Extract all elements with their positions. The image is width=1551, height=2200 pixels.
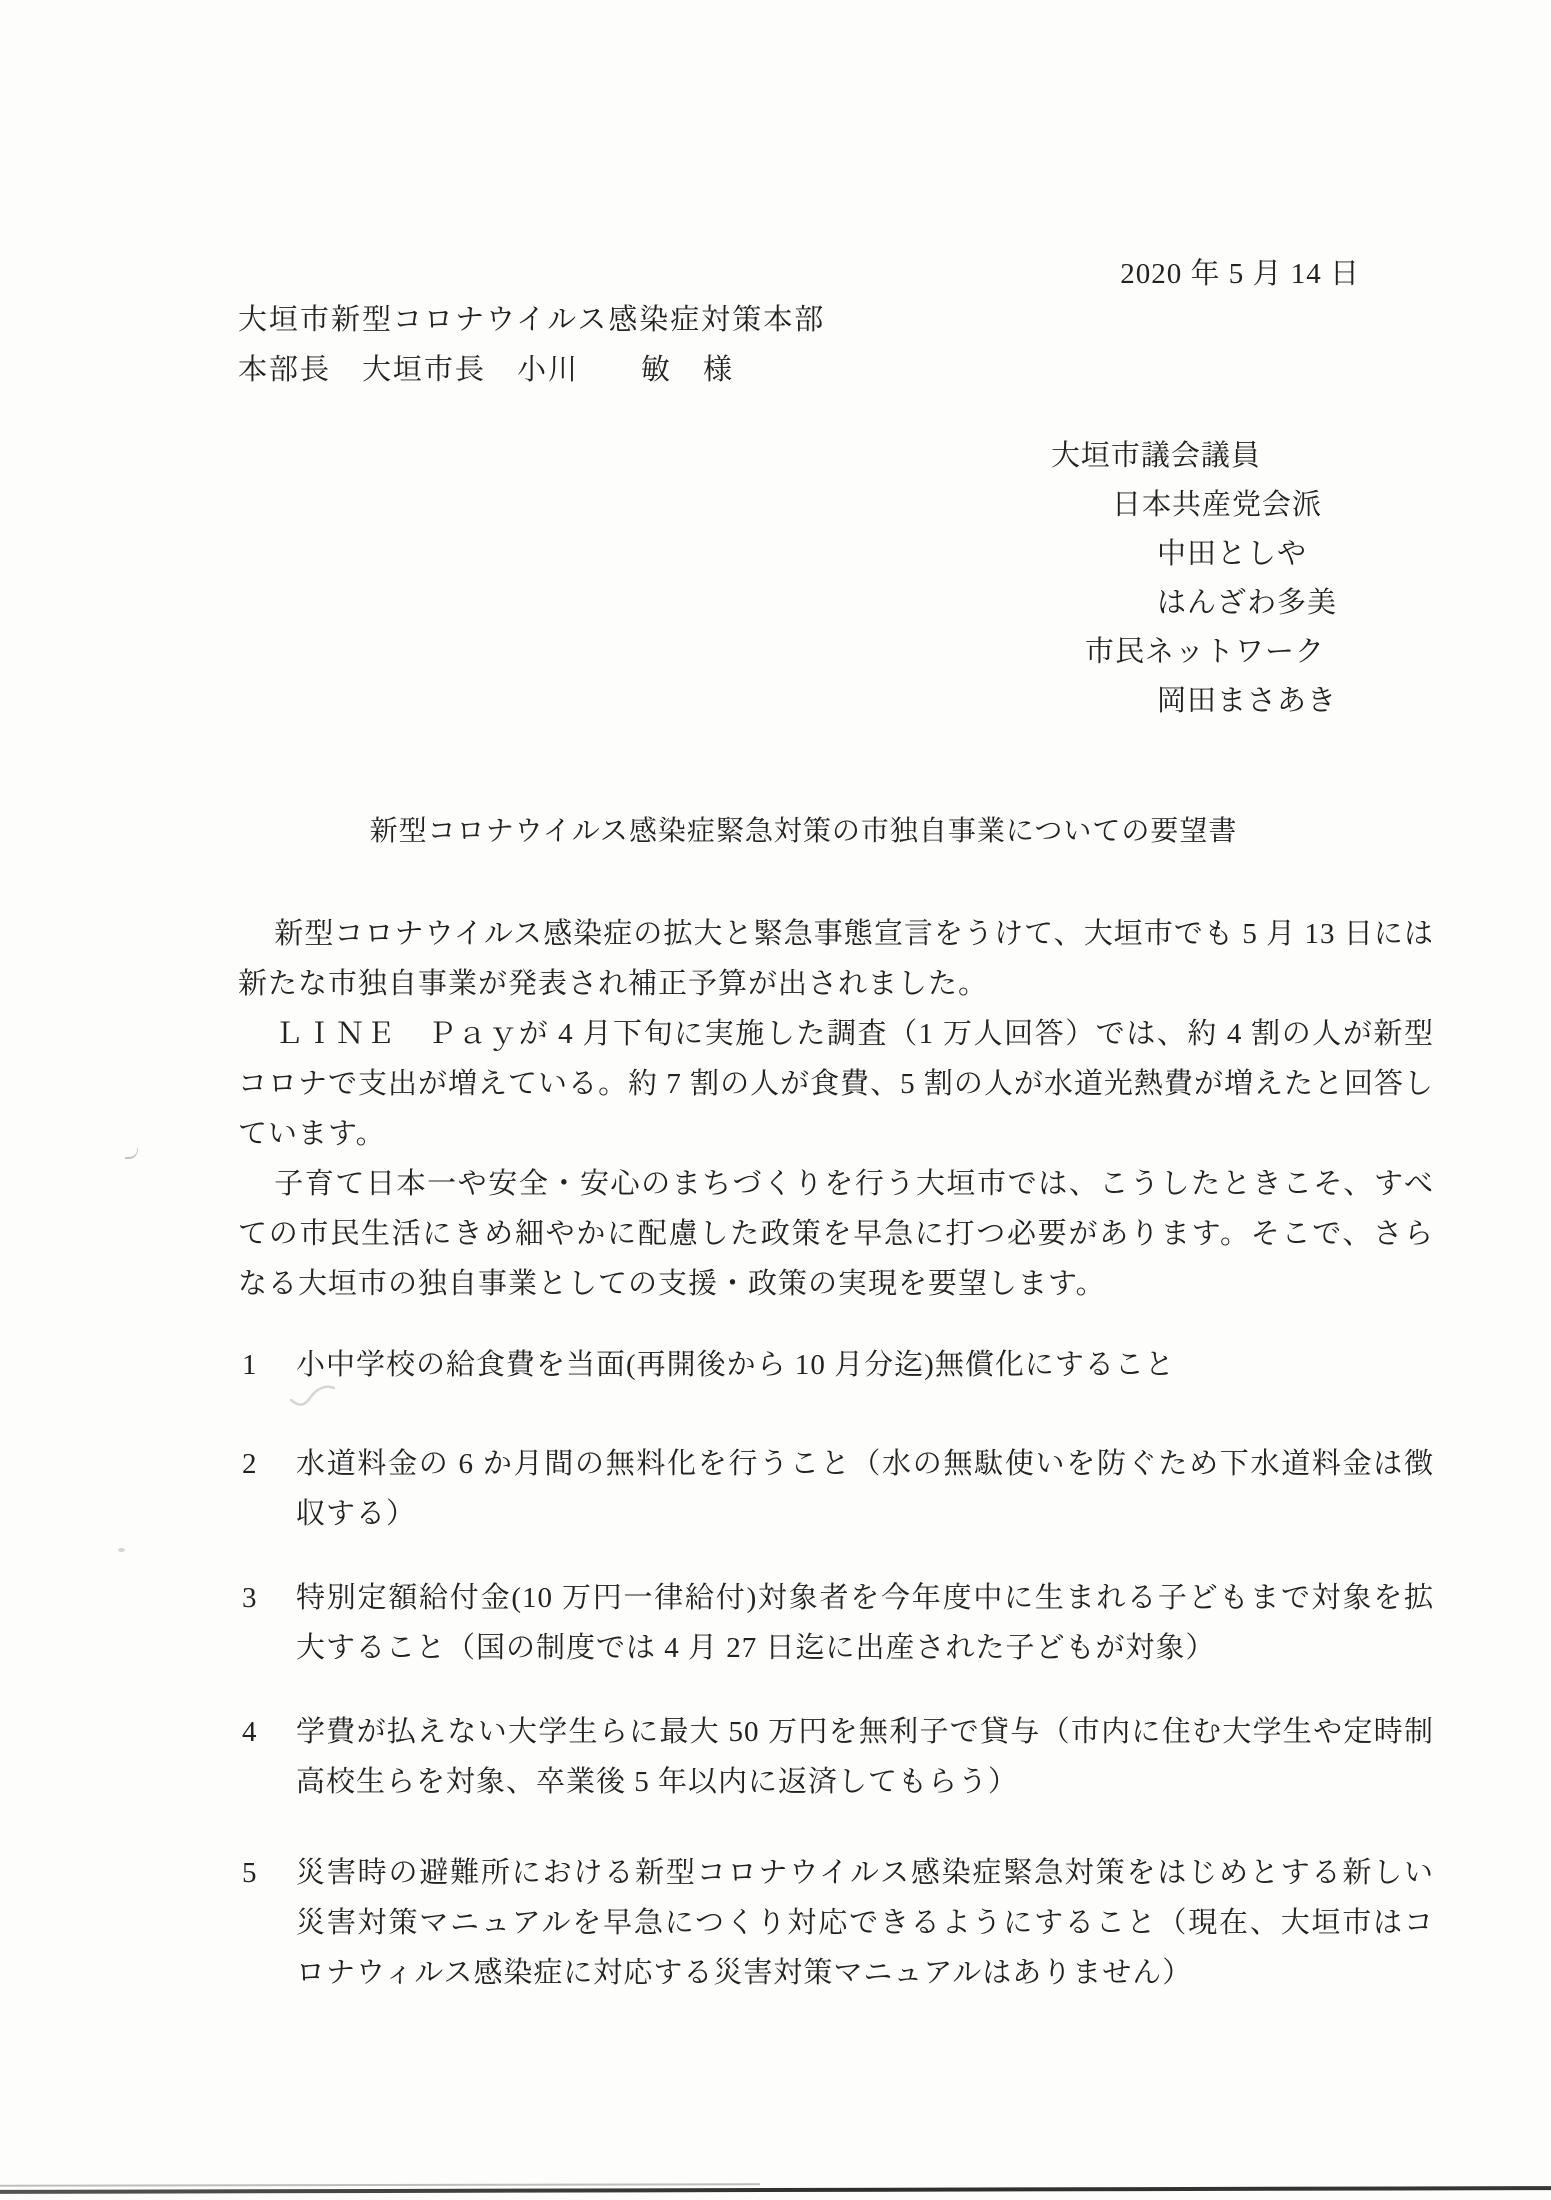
sender-line-name-2: はんざわ多美 [1157, 579, 1337, 628]
item-text: 水道料金の 6 か月間の無料化を行うこと（水の無駄使いを防ぐため下水道料金は徴収… [296, 1439, 1434, 1539]
request-item-3: 3 特別定額給付金(10 万円一律給付)対象者を今年度中に生まれる子どもまで対象… [242, 1573, 1434, 1673]
request-item-5: 5 災害時の避難所における新型コロナウイルス感染症緊急対策をはじめとする新しい災… [242, 1848, 1434, 1998]
sender-line-party: 日本共産党会派 [1112, 481, 1337, 530]
document-date: 2020 年 5 月 14 日 [0, 256, 1360, 292]
item-text: 災害時の避難所における新型コロナウイルス感染症緊急対策をはじめとする新しい災害対… [296, 1848, 1434, 1998]
sender-block: 大垣市議会議員 日本共産党会派 中田としや はんざわ多美 市民ネットワーク 岡田… [1051, 432, 1337, 726]
item-number: 2 [242, 1439, 296, 1539]
pencil-mark [288, 1380, 336, 1412]
scan-speck [118, 1548, 125, 1552]
request-item-4: 4 学費が払えない大学生らに最大 50 万円を無利子で貸与（市内に住む大学生や定… [242, 1707, 1434, 1807]
body-paragraphs: 新型コロナウイルス感染症の拡大と緊急事態宣言をうけて、大垣市でも 5 月 13 … [238, 909, 1434, 1309]
item-number: 3 [242, 1573, 296, 1673]
addressee-block: 大垣市新型コロナウイルス感染症対策本部 本部長 大垣市長 小川 敏 様 [238, 295, 825, 395]
sender-line-name-3: 岡田まさあき [1157, 677, 1337, 726]
addressee-person: 本部長 大垣市長 小川 敏 様 [238, 345, 825, 395]
paragraph-request: 子育て日本一や安全・安心のまちづくりを行う大垣市では、こうしたときこそ、すべての… [238, 1159, 1434, 1309]
scan-edge-line [0, 2186, 1551, 2194]
sender-line-name-1: 中田としや [1157, 530, 1337, 579]
request-item-1: 1 小中学校の給食費を当面(再開後から 10 月分迄)無償化にすること [242, 1340, 1434, 1390]
item-text: 特別定額給付金(10 万円一律給付)対象者を今年度中に生まれる子どもまで対象を拡… [296, 1573, 1434, 1673]
scanned-document-page: 2020 年 5 月 14 日 大垣市新型コロナウイルス感染症対策本部 本部長 … [0, 0, 1551, 2200]
item-number: 4 [242, 1707, 296, 1807]
scan-edge-shadow [0, 2183, 760, 2187]
request-item-2: 2 水道料金の 6 か月間の無料化を行うこと（水の無駄使いを防ぐため下水道料金は… [242, 1439, 1434, 1539]
addressee-organization: 大垣市新型コロナウイルス感染症対策本部 [238, 295, 825, 345]
item-text: 学費が払えない大学生らに最大 50 万円を無利子で貸与（市内に住む大学生や定時制… [296, 1707, 1434, 1807]
sender-line-network: 市民ネットワーク [1085, 628, 1337, 677]
paragraph-survey: ＬＩＮＥ Ｐａｙが 4 月下旬に実施した調査（1 万人回答）では、約 4 割の人… [238, 1009, 1434, 1159]
scan-smudge [125, 1148, 138, 1159]
item-number: 5 [242, 1848, 296, 1998]
item-text: 小中学校の給食費を当面(再開後から 10 月分迄)無償化にすること [296, 1340, 1434, 1390]
sender-line-council: 大垣市議会議員 [1051, 432, 1337, 481]
document-title: 新型コロナウイルス感染症緊急対策の市独自事業についての要望書 [56, 810, 1551, 854]
paragraph-intro: 新型コロナウイルス感染症の拡大と緊急事態宣言をうけて、大垣市でも 5 月 13 … [238, 909, 1434, 1009]
